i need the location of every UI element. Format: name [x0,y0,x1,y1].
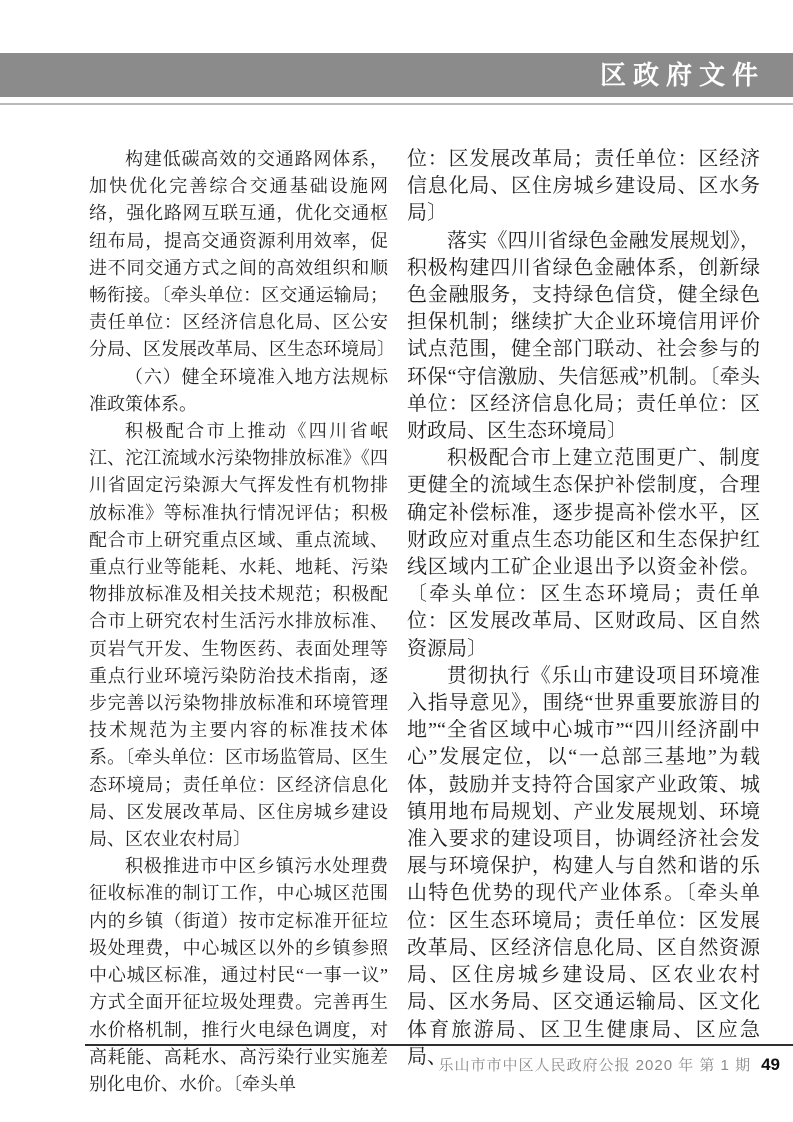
footer-rule [85,1044,793,1046]
footer: 乐山市市中区人民政府公报 2020 年 第 1 期 49 [439,1054,780,1075]
body-paragraph-continuation: 位：区发展改革局；责任单位：区经济信息化局、区住房城乡建设局、区水务局〕 [407,146,760,228]
body-paragraph: 构建低碳高效的交通路网体系，加快优化完善综合交通基础设施网络，强化路网互联互通，… [89,146,388,364]
footer-publication: 乐山市市中区人民政府公报 2020 年 第 1 期 [439,1054,752,1075]
footer-page-number: 49 [761,1055,780,1075]
body-paragraph: 贯彻执行《乐山市建设项目环境准入指导意见》，围绕“世界重要旅游目的地”“全省区域… [407,663,760,1071]
body-paragraph: 落实《四川省绿色金融发展规划》，积极构建四川省绿色金融体系，创新绿色金融服务，支… [407,228,760,446]
body-paragraph: 积极配合市上建立范围更广、制度更健全的流域生态保护补偿制度，合理确定补偿标准，逐… [407,445,760,663]
right-column: 位：区发展改革局；责任单位：区经济信息化局、区住房城乡建设局、区水务局〕 落实《… [407,146,760,1071]
body-paragraph: 积极推进市中区乡镇污水处理费征收标准的制订工作，中心城区范围内的乡镇（街道）按市… [89,853,388,1098]
body-paragraph: 积极配合市上推动《四川省岷江、沱江流域水污染物排放标准》《四川省固定污染源大气挥… [89,418,388,853]
header-rule [0,103,793,105]
section-heading: （六）健全环境准入地方法规标准政策体系。 [89,364,388,418]
header-banner: 区政府文件 [0,53,793,97]
header-banner-title: 区政府文件 [600,53,793,97]
left-column: 构建低碳高效的交通路网体系，加快优化完善综合交通基础设施网络，强化路网互联互通，… [89,146,388,1098]
document-page: 区政府文件 构建低碳高效的交通路网体系，加快优化完善综合交通基础设施网络，强化路… [0,0,793,1122]
